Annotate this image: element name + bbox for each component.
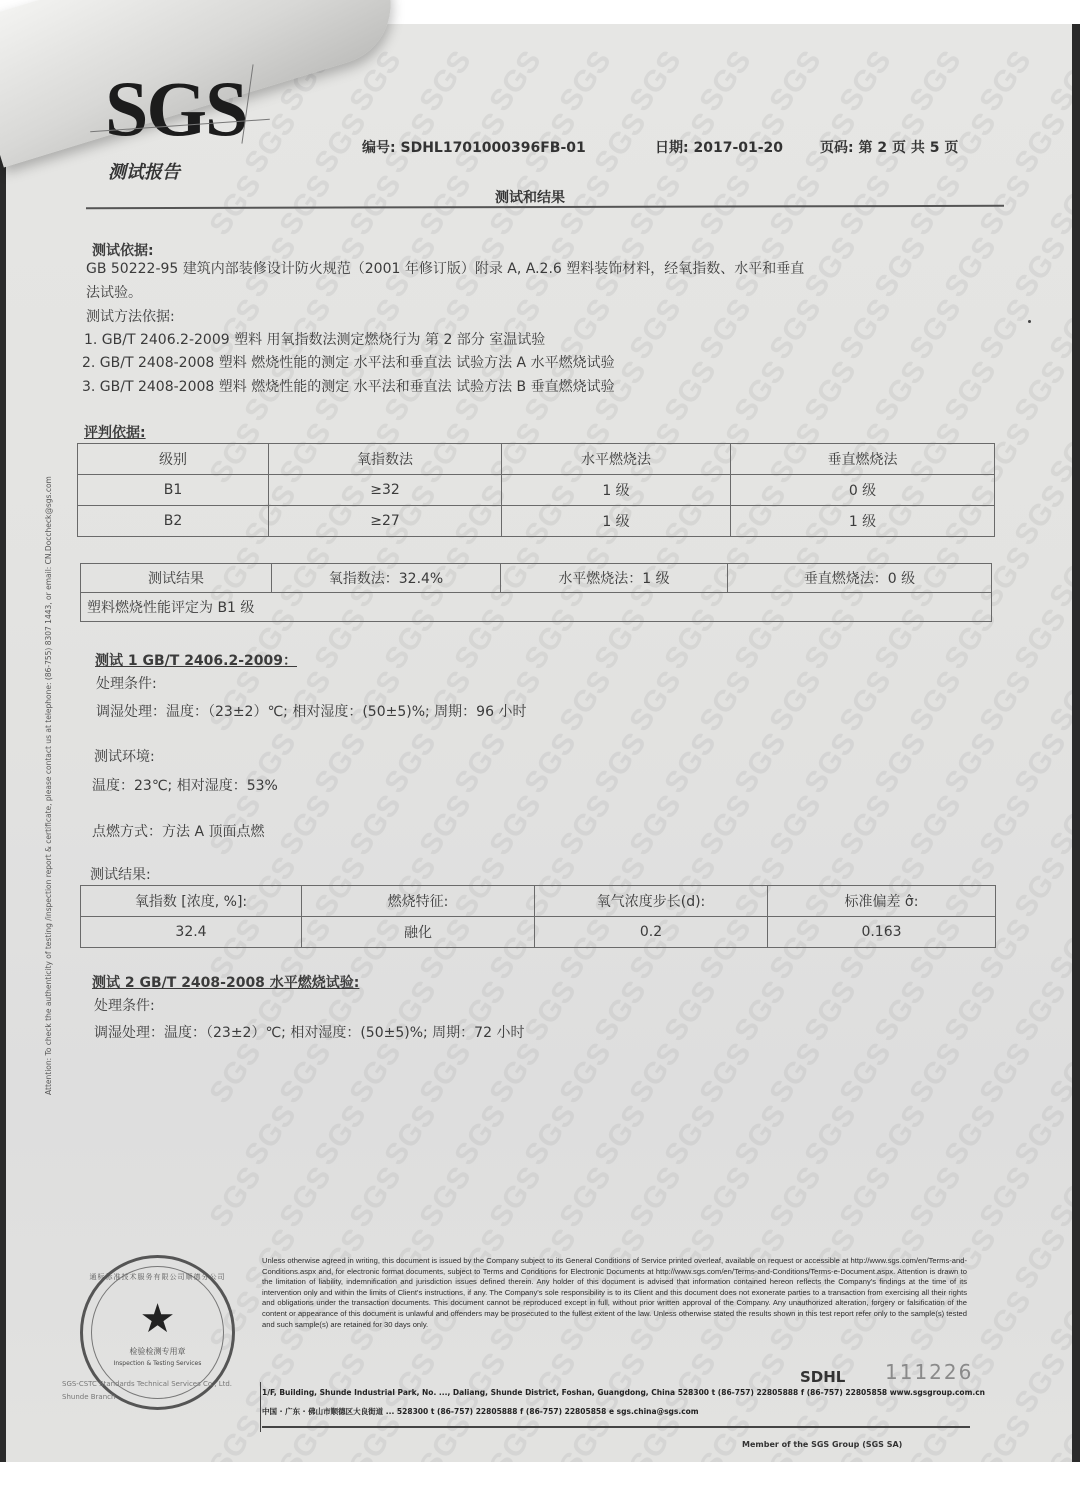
sgs-watermark-pattern: SGSSGSSGSSGSSGSSGSSGSSGSSGSSGSSGSSGSSGSS… xyxy=(0,24,1080,1462)
watermark-text: SGS xyxy=(413,168,479,242)
page-number: 页码: 第 2 页 共 5 页 xyxy=(820,137,958,157)
methods-heading: 测试方法依据: xyxy=(86,306,175,326)
watermark-text: SGS xyxy=(728,726,794,800)
watermark-text: SGS xyxy=(938,974,1004,1048)
watermark-text: SGS xyxy=(833,1160,899,1234)
watermark-text: SGS xyxy=(763,1160,829,1234)
watermark-text: SGS xyxy=(763,292,829,366)
watermark-text: SGS xyxy=(1008,354,1074,428)
watermark-text: SGS xyxy=(623,44,689,118)
table-cell: 1 级 xyxy=(502,475,731,506)
stamp-ring-text: 通标标准技术服务有限公司顺德分公司 xyxy=(83,1272,232,1282)
watermark-text: SGS xyxy=(868,354,934,428)
table-header-cell: 燃烧特征: xyxy=(302,886,535,917)
company-name-line-1: SGS-CSTC Standards Technical Services Co… xyxy=(62,1378,232,1391)
watermark-text: SGS xyxy=(903,292,969,366)
watermark-text: SGS xyxy=(833,292,899,366)
table-cell: 测试结果 xyxy=(81,564,272,593)
watermark-text: SGS xyxy=(623,292,689,366)
watermark-text: SGS xyxy=(833,1036,899,1110)
authenticity-notice: Attention: To check the authenticity of … xyxy=(44,215,53,1095)
report-title: 测试报告 xyxy=(108,158,180,184)
method-item: 2. GB/T 2408-2008 塑料 燃烧性能的测定 水平法和垂直法 试验方… xyxy=(82,352,615,372)
watermark-text: SGS xyxy=(833,788,899,862)
watermark-text: SGS xyxy=(1008,478,1074,552)
watermark-text: SGS xyxy=(798,726,864,800)
watermark-text: SGS xyxy=(1008,602,1074,676)
table-row: B1 ≥32 1 级 0 级 xyxy=(78,475,995,506)
watermark-text: SGS xyxy=(973,1036,1039,1110)
watermark-text: SGS xyxy=(553,44,619,118)
table-header-row: 氧指数 [浓度, %]: 燃烧特征: 氧气浓度步长(d): 标准偏差 σ̂: xyxy=(81,886,996,917)
watermark-text: SGS xyxy=(798,974,864,1048)
table-cell: B1 xyxy=(78,475,269,506)
sgs-logo: SGS xyxy=(105,70,246,148)
watermark-text: SGS xyxy=(658,726,724,800)
result-summary-table: 测试结果 氧指数法：32.4% 水平燃烧法：1 级 垂直燃烧法：0 级 塑料燃烧… xyxy=(80,563,992,622)
page-number-label: 页码: xyxy=(820,140,854,156)
page-number-value: 第 2 页 共 5 页 xyxy=(858,140,958,156)
section-title: 测试和结果 xyxy=(495,187,565,207)
report-number: 编号: SDHL1701000396FB-01 xyxy=(362,137,586,157)
table-cell: 0 级 xyxy=(731,475,995,506)
watermark-text: SGS xyxy=(973,664,1039,738)
report-number-value: SDHL1701000396FB-01 xyxy=(400,140,585,156)
table-cell: 融化 xyxy=(302,917,535,948)
watermark-text: SGS xyxy=(693,44,759,118)
watermark-text: SGS xyxy=(728,1346,794,1420)
table-cell: 32.4 xyxy=(81,917,302,948)
table-cell: 氧指数法：32.4% xyxy=(272,564,501,593)
watermark-text: SGS xyxy=(973,44,1039,118)
table-header-cell: 垂直燃烧法 xyxy=(731,444,995,475)
basis-line-1: GB 50222-95 建筑内部装修设计防火规范（2001 年修订版）附录 A,… xyxy=(86,258,804,278)
watermark-text: SGS xyxy=(868,974,934,1048)
company-name-line-2: Shunde Branch xyxy=(62,1391,232,1404)
watermark-text: SGS xyxy=(553,1036,619,1110)
watermark-text: SGS xyxy=(658,1098,724,1172)
criteria-table: 级别 氧指数法 水平燃烧法 垂直燃烧法 B1 ≥32 1 级 0 级 B2 ≥2… xyxy=(77,443,995,537)
report-number-label: 编号: xyxy=(362,140,396,156)
watermark-text: SGS xyxy=(693,788,759,862)
table-cell: 1 级 xyxy=(502,506,731,537)
test1-results-label: 测试结果: xyxy=(90,864,151,884)
watermark-text: SGS xyxy=(693,1036,759,1110)
address-rule xyxy=(262,1426,970,1428)
watermark-text: SGS xyxy=(203,168,269,242)
watermark-text: SGS xyxy=(903,1036,969,1110)
watermark-text: SGS xyxy=(763,44,829,118)
watermark-text: SGS xyxy=(483,44,549,118)
table-header-cell: 水平燃烧法 xyxy=(502,444,731,475)
report-date-value: 2017-01-20 xyxy=(693,140,783,156)
watermark-text: SGS xyxy=(693,292,759,366)
star-icon: ★ xyxy=(83,1296,232,1342)
table-cell: ≥27 xyxy=(269,506,502,537)
basis-line-2: 法试验。 xyxy=(86,282,142,302)
company-name: SGS-CSTC Standards Technical Services Co… xyxy=(62,1378,232,1404)
watermark-text: SGS xyxy=(553,1160,619,1234)
watermark-text: SGS xyxy=(588,974,654,1048)
test1-conditions-label: 处理条件: xyxy=(96,673,157,693)
watermark-text: SGS xyxy=(308,726,374,800)
test1-conditioning: 调湿处理：温度：（23±2）℃; 相对湿度：(50±5)%; 周期：96 小时 xyxy=(96,701,526,721)
watermark-text: SGS xyxy=(273,168,339,242)
watermark-text: SGS xyxy=(1008,974,1074,1048)
table-header-row: 级别 氧指数法 水平燃烧法 垂直燃烧法 xyxy=(78,444,995,475)
stamp-en-text: Inspection & Testing Services xyxy=(83,1360,232,1367)
watermark-text: SGS xyxy=(483,1160,549,1234)
method-item: 1. GB/T 2406.2-2009 塑料 用氧指数法测定燃烧行为 第 2 部… xyxy=(84,329,545,349)
watermark-text: SGS xyxy=(238,106,304,180)
table-header-cell: 级别 xyxy=(78,444,269,475)
watermark-text: SGS xyxy=(308,1098,374,1172)
watermark-text: SGS xyxy=(938,230,1004,304)
test2-conditioning: 调湿处理：温度：（23±2）℃; 相对湿度：(50±5)%; 周期：72 小时 xyxy=(94,1022,524,1042)
table-header-cell: 氧气浓度步长(d): xyxy=(535,886,768,917)
watermark-text: SGS xyxy=(623,1160,689,1234)
watermark-text: SGS xyxy=(378,726,444,800)
watermark-text: SGS xyxy=(693,1408,759,1462)
watermark-text: SGS xyxy=(833,664,899,738)
watermark-text: SGS xyxy=(693,1160,759,1234)
watermark-text: SGS xyxy=(448,726,514,800)
watermark-text: SGS xyxy=(693,664,759,738)
test2-conditions-label: 处理条件: xyxy=(94,995,155,1015)
watermark-text: SGS xyxy=(623,788,689,862)
watermark-text: SGS xyxy=(763,788,829,862)
watermark-text: SGS xyxy=(798,230,864,304)
photo-edge-right xyxy=(1072,24,1080,1462)
watermark-text: SGS xyxy=(833,44,899,118)
report-date-label: 日期: xyxy=(655,140,689,156)
speck xyxy=(1028,320,1031,323)
watermark-text: SGS xyxy=(763,1408,829,1462)
watermark-text: SGS xyxy=(728,1098,794,1172)
watermark-text: SGS xyxy=(588,106,654,180)
watermark-text: SGS xyxy=(203,1408,269,1462)
watermark-text: SGS xyxy=(413,1160,479,1234)
criteria-heading: 评判依据: xyxy=(84,422,146,442)
watermark-text: SGS xyxy=(903,44,969,118)
table-cell: 垂直燃烧法：0 级 xyxy=(728,564,992,593)
table-row: B2 ≥27 1 级 1 级 xyxy=(78,506,995,537)
watermark-text: SGS xyxy=(588,726,654,800)
watermark-text: SGS xyxy=(518,726,584,800)
watermark-text: SGS xyxy=(833,1408,899,1462)
watermark-text: SGS xyxy=(973,1284,1039,1358)
basis-heading: 测试依据: xyxy=(92,240,154,260)
watermark-text: SGS xyxy=(203,1160,269,1234)
test1-ignition: 点燃方式：方法 A 顶面点燃 xyxy=(92,821,264,841)
watermark-text: SGS xyxy=(798,1098,864,1172)
watermark-text: SGS xyxy=(658,354,724,428)
table-header-cell: 氧指数 [浓度, %]: xyxy=(81,886,302,917)
watermark-text: SGS xyxy=(903,664,969,738)
test1-environment: 温度：23℃; 相对湿度：53% xyxy=(92,775,278,795)
watermark-text: SGS xyxy=(973,1408,1039,1462)
watermark-text: SGS xyxy=(903,1160,969,1234)
legal-disclaimer: Unless otherwise agreed in writing, this… xyxy=(262,1256,967,1330)
watermark-text: SGS xyxy=(868,726,934,800)
test2-heading: 测试 2 GB/T 2408-2008 水平燃烧试验: xyxy=(92,972,359,992)
watermark-text: SGS xyxy=(763,664,829,738)
address-vrule xyxy=(260,1382,261,1432)
watermark-text: SGS xyxy=(343,1160,409,1234)
watermark-text: SGS xyxy=(1008,230,1074,304)
watermark-text: SGS xyxy=(448,1098,514,1172)
watermark-text: SGS xyxy=(273,1036,339,1110)
address-cn: 中国 · 广东 · 佛山市顺德区大良街道 ... 528300 t (86-75… xyxy=(262,1406,699,1417)
watermark-text: SGS xyxy=(903,788,969,862)
watermark-text: SGS xyxy=(1008,1346,1074,1420)
watermark-text: SGS xyxy=(483,788,549,862)
address-en: 1/F, Building, Shunde Industrial Park, N… xyxy=(262,1388,985,1397)
watermark-text: SGS xyxy=(1008,1222,1074,1296)
watermark-text: SGS xyxy=(413,788,479,862)
watermark-text: SGS xyxy=(938,1098,1004,1172)
member-line: Member of the SGS Group (SGS SA) xyxy=(742,1440,902,1449)
method-item: 3. GB/T 2408-2008 塑料 燃烧性能的测定 水平法和垂直法 试验方… xyxy=(82,376,615,396)
watermark-text: SGS xyxy=(623,1036,689,1110)
watermark-text: SGS xyxy=(1008,850,1074,924)
table-row: 塑料燃烧性能评定为 B1 级 xyxy=(81,593,992,622)
conclusion-cell: 塑料燃烧性能评定为 B1 级 xyxy=(81,593,992,622)
stamp-cn-text: 检验检测专用章 xyxy=(83,1346,232,1357)
watermark-text: SGS xyxy=(413,1036,479,1110)
test1-heading: 测试 1 GB/T 2406.2-2009： xyxy=(95,650,297,670)
watermark-text: SGS xyxy=(553,788,619,862)
watermark-text: SGS xyxy=(728,354,794,428)
watermark-text: SGS xyxy=(1008,106,1074,180)
watermark-text: SGS xyxy=(798,354,864,428)
watermark-text: SGS xyxy=(1008,1098,1074,1172)
watermark-text: SGS xyxy=(868,230,934,304)
watermark-text: SGS xyxy=(343,788,409,862)
table-header-cell: 标准偏差 σ̂: xyxy=(768,886,996,917)
table-cell: B2 xyxy=(78,506,269,537)
watermark-text: SGS xyxy=(483,1036,549,1110)
watermark-text: SGS xyxy=(938,354,1004,428)
watermark-text: SGS xyxy=(623,664,689,738)
watermark-text: SGS xyxy=(728,974,794,1048)
table-cell: 1 级 xyxy=(731,506,995,537)
table-header-cell: 氧指数法 xyxy=(269,444,502,475)
table-cell: 水平燃烧法：1 级 xyxy=(501,564,728,593)
table-row: 测试结果 氧指数法：32.4% 水平燃烧法：1 级 垂直燃烧法：0 级 xyxy=(81,564,992,593)
watermark-text: SGS xyxy=(658,974,724,1048)
watermark-text: SGS xyxy=(203,1036,269,1110)
photo-edge-left xyxy=(0,24,6,1462)
report-date: 日期: 2017-01-20 xyxy=(655,137,783,157)
watermark-text: SGS xyxy=(763,1036,829,1110)
watermark-text: SGS xyxy=(588,1098,654,1172)
table-cell: 0.2 xyxy=(535,917,768,948)
watermark-text: SGS xyxy=(238,1098,304,1172)
table-cell: ≥32 xyxy=(269,475,502,506)
watermark-text: SGS xyxy=(973,1160,1039,1234)
branch-code: SDHL xyxy=(800,1368,845,1386)
serial-number: 111226 xyxy=(885,1360,973,1384)
watermark-text: SGS xyxy=(343,168,409,242)
table-cell: 0.163 xyxy=(768,917,996,948)
watermark-text: SGS xyxy=(868,1098,934,1172)
test1-env-label: 测试环境: xyxy=(94,746,155,766)
watermark-text: SGS xyxy=(518,1098,584,1172)
watermark-text: SGS xyxy=(973,292,1039,366)
watermark-text: SGS xyxy=(343,1036,409,1110)
watermark-text: SGS xyxy=(903,1408,969,1462)
watermark-text: SGS xyxy=(938,726,1004,800)
watermark-text: SGS xyxy=(273,788,339,862)
watermark-text: SGS xyxy=(553,664,619,738)
document-photo: SGSSGSSGSSGSSGSSGSSGSSGSSGSSGSSGSSGSSGSS… xyxy=(0,24,1080,1462)
watermark-text: SGS xyxy=(413,44,479,118)
table-row: 32.4 融化 0.2 0.163 xyxy=(81,917,996,948)
watermark-text: SGS xyxy=(273,1160,339,1234)
watermark-text: SGS xyxy=(518,974,584,1048)
watermark-text: SGS xyxy=(973,788,1039,862)
test1-results-table: 氧指数 [浓度, %]: 燃烧特征: 氧气浓度步长(d): 标准偏差 σ̂: 3… xyxy=(80,885,996,948)
watermark-text: SGS xyxy=(378,1098,444,1172)
watermark-text: SGS xyxy=(1008,726,1074,800)
